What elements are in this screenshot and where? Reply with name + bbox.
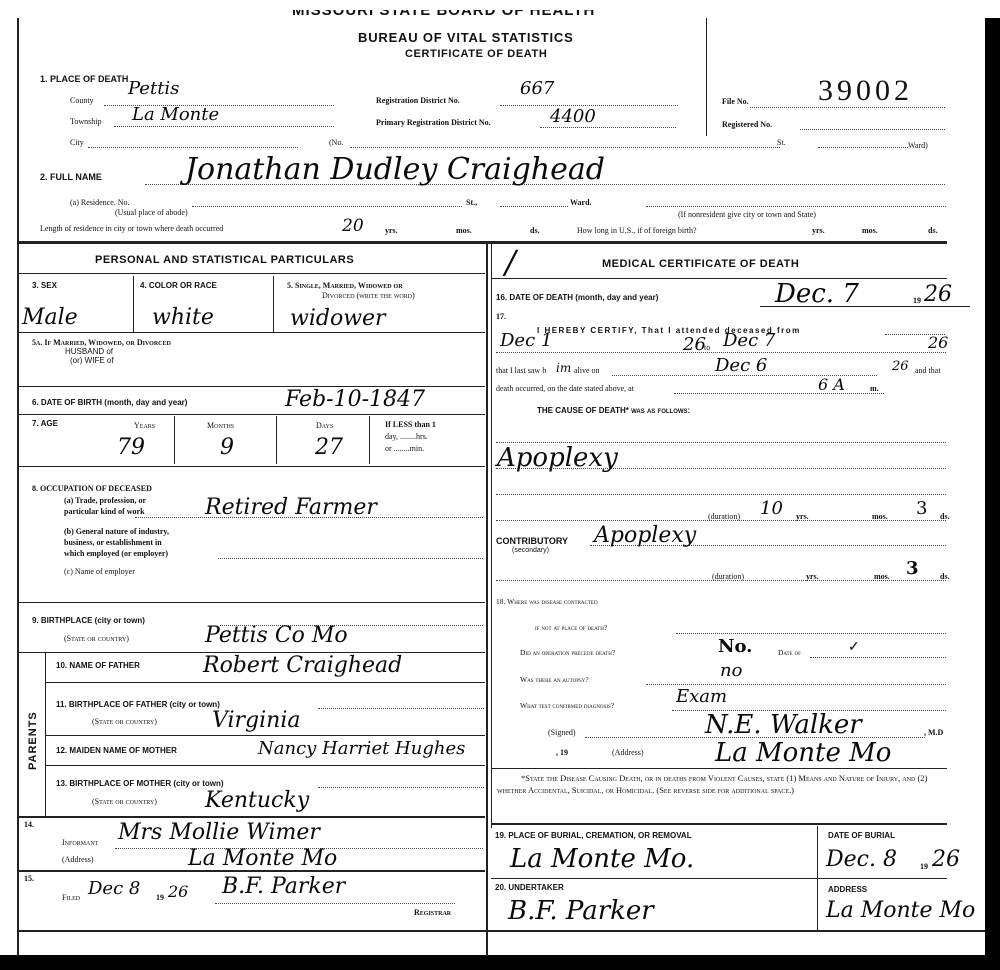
registered-no-line <box>800 129 945 130</box>
registration-district-value: 667 <box>520 80 554 98</box>
registrar-label: Registrar <box>414 908 451 917</box>
filed-label: Filed <box>62 893 80 902</box>
item-18-label: 18. Where was disease contracted <box>496 597 598 606</box>
marital-value: widower <box>290 308 386 330</box>
city-ward-line <box>818 147 908 148</box>
last-saw-value: Dec 6 <box>715 357 767 375</box>
bottom-scan-edge <box>0 955 1000 970</box>
contrib-duration-days: 3 <box>906 560 919 578</box>
date-of-death-label: 16. DATE OF DEATH (month, day and year) <box>496 293 658 302</box>
birthplace-label: 9. BIRTHPLACE (city or town) <box>32 616 145 625</box>
contributory-value: Apoplexy <box>594 525 696 547</box>
occ-b-label-3: which employed (or employer) <box>64 549 168 558</box>
attended-to-value: Dec 7 <box>723 332 775 350</box>
age-div-1 <box>174 416 175 464</box>
column-divider <box>486 244 488 956</box>
header-bureau: BUREAU OF VITAL STATISTICS <box>358 30 574 45</box>
file-no-label: File No. <box>722 97 749 106</box>
nineteen-label: , 19 <box>556 748 568 757</box>
autopsy-label: Was there an autopsy? <box>520 675 589 684</box>
right-scan-edge <box>985 18 1000 963</box>
foreign-mos-label: mos. <box>862 226 878 235</box>
undertaker-address-label: ADDRESS <box>828 885 867 894</box>
registrar-line <box>215 903 455 904</box>
city-line <box>88 147 298 148</box>
alive-on-label: alive on <box>574 366 600 375</box>
cause-duration-mos-label: mos. <box>872 512 888 521</box>
personal-title-rule <box>17 273 485 274</box>
burial-year-prefix: 19 <box>920 862 928 871</box>
burial-rule <box>491 878 947 879</box>
residence-ward-label: Ward. <box>570 198 592 207</box>
father-name-value: Robert Craighead <box>203 655 402 677</box>
attended-to-year: 26 <box>928 335 948 351</box>
registration-district-label: Registration District No. <box>376 96 460 105</box>
autopsy-value: no <box>720 662 742 680</box>
date-of-line <box>810 657 946 658</box>
occupation-label: 8. OCCUPATION OF DECEASED <box>32 484 152 493</box>
burial-place-value: La Monte Mo. <box>510 846 694 872</box>
father-birthplace-label: 11. BIRTHPLACE OF FATHER (city or town) <box>56 700 220 709</box>
age-less-label-3: or ........min. <box>385 444 424 453</box>
attended-to-label: to <box>704 343 710 352</box>
contributory-label: CONTRIBUTORY <box>496 536 568 546</box>
row8-rule <box>17 602 485 603</box>
length-mos-label: mos. <box>456 226 472 235</box>
sex-value: Male <box>22 307 78 329</box>
length-of-residence-years: 20 <box>342 218 364 235</box>
contrib-duration-yrs-label: yrs. <box>806 572 819 581</box>
spouse-label-1: 5a. If Married, Widowed, or Divorced <box>32 338 171 347</box>
occ-b-label-2: business, or establishment in <box>64 538 162 547</box>
date-of-death-year-prefix: 19 <box>913 296 921 305</box>
foreign-birth-label: How long in U.S., if of foreign birth? <box>577 226 697 235</box>
nonresident-line <box>646 206 946 207</box>
top-section-divider <box>17 241 947 244</box>
mother-birthplace-state-label: (State or country) <box>92 797 157 806</box>
burial-year-value: 26 <box>932 849 960 871</box>
cause-footnote: *State the Disease Causing Death, or in … <box>497 772 937 796</box>
marital-label-2: Divorced (write the word) <box>322 291 415 300</box>
residence-ward-line <box>500 206 568 207</box>
cause-line-3 <box>496 494 946 495</box>
mother-birthplace-value: Kentucky <box>205 790 309 812</box>
cause-of-death-label: THE CAUSE OF DEATH* was as follows: <box>537 406 690 415</box>
birthplace-state-label: (State or country) <box>64 634 129 643</box>
race-marital-divider <box>273 276 274 332</box>
item-17-label: 17. <box>496 312 506 321</box>
row12-rule <box>45 765 485 766</box>
father-birthplace-line <box>318 708 484 709</box>
mother-birthplace-label: 13. BIRTHPLACE OF MOTHER (city or town) <box>56 779 224 788</box>
township-line <box>114 126 334 127</box>
personal-section-title: PERSONAL AND STATISTICAL PARTICULARS <box>95 254 354 266</box>
age-months-label: Months <box>207 421 234 430</box>
contrib-duration-mos-label: mos. <box>874 572 890 581</box>
death-time-line <box>674 393 884 394</box>
medical-address-value: La Monte Mo <box>715 740 891 766</box>
age-years-label: Years <box>134 421 155 430</box>
primary-registration-line <box>540 127 676 128</box>
primary-registration-value: 4400 <box>550 108 596 126</box>
cause-line-2 <box>496 468 946 469</box>
informant-number: 14. <box>24 820 34 829</box>
occ-b-line <box>218 558 483 559</box>
dob-label: 6. DATE OF BIRTH (month, day and year) <box>32 398 187 407</box>
undertaker-value: B.F. Parker <box>508 898 654 924</box>
column-divider-inner <box>491 244 492 828</box>
full-name-label: 2. FULL NAME <box>40 172 102 182</box>
operation-value: No. <box>718 638 752 656</box>
registrar-value: B.F. Parker <box>222 876 345 898</box>
burial-date-label: DATE OF BURIAL <box>828 831 895 840</box>
full-name-value: Jonathan Dudley Craighead <box>185 155 605 185</box>
age-years-value: 79 <box>117 437 145 459</box>
last-saw-label: that I last saw h <box>496 366 546 375</box>
length-of-residence-label: Length of residence in city or town wher… <box>40 224 223 233</box>
foreign-yrs-label: yrs. <box>812 226 825 235</box>
county-label: County <box>70 96 94 105</box>
test-value: Exam <box>676 688 727 706</box>
father-name-label: 10. NAME OF FATHER <box>56 661 140 670</box>
undertaker-address-value: La Monte Mo <box>826 900 975 922</box>
residence-label: (a) Residence. No. <box>70 198 130 207</box>
city-no-line <box>350 147 780 148</box>
marital-label-1: 5. Single, Married, Widowed or <box>287 281 403 290</box>
city-ward-label: Ward) <box>908 141 928 150</box>
attended-line <box>496 352 946 353</box>
foreign-ds-label: ds. <box>928 226 938 235</box>
signed-value: N.E. Walker <box>705 712 862 738</box>
place-of-death-label: 1. PLACE OF DEATH <box>40 74 128 84</box>
burial-place-label: 19. PLACE OF BURIAL, CREMATION, OR REMOV… <box>495 831 692 840</box>
last-saw-year: 26 <box>892 360 909 373</box>
row3-rule <box>17 332 485 333</box>
cause-duration-ds-label: ds. <box>940 512 950 521</box>
occ-a-label-2: particular kind of work <box>64 507 145 516</box>
not-at-place-line <box>676 633 946 634</box>
filed-date-value: Dec 8 <box>88 880 140 898</box>
primary-registration-label: Primary Registration District No. <box>376 118 491 127</box>
date-of-death-value: Dec. 7 <box>775 281 859 307</box>
date-of-value: ✓ <box>848 640 860 654</box>
contrib-duration-ds-label: ds. <box>940 572 950 581</box>
parents-divider <box>45 652 46 816</box>
occ-a-label-1: (a) Trade, profession, or <box>64 496 146 505</box>
burial-date-value: Dec. 8 <box>826 849 897 871</box>
race-label: 4. COLOR OR RACE <box>140 281 217 290</box>
occ-b-label-1: (b) General nature of industry, <box>64 527 169 536</box>
age-less-label-1: If LESS than 1 <box>385 420 436 429</box>
row11-rule <box>45 735 485 736</box>
medical-section-title: MEDICAL CERTIFICATE OF DEATH <box>602 258 799 270</box>
city-label: City <box>70 138 84 147</box>
medical-signed-rule <box>491 768 947 769</box>
dob-value: Feb-10-1847 <box>285 389 425 411</box>
father-birthplace-value: Virginia <box>212 710 301 732</box>
not-at-place-label: if not at place of death? <box>535 623 607 632</box>
occ-c-label: (c) Name of employer <box>64 567 135 576</box>
row7-rule <box>17 466 485 467</box>
occupation-value: Retired Farmer <box>205 497 377 519</box>
last-saw-him: im <box>556 362 571 374</box>
filed-year-value: 26 <box>168 884 188 900</box>
informant-value: Mrs Mollie Wimer <box>118 822 320 844</box>
cause-duration-years: 10 <box>760 500 783 518</box>
row6-rule <box>17 414 485 415</box>
contrib-duration-label: (duration) <box>712 572 744 581</box>
age-less-label-2: day, ........hrs. <box>385 432 428 441</box>
footnote-rule <box>491 823 947 825</box>
test-label: What test confirmed diagnosis? <box>520 701 614 710</box>
bottom-rule <box>17 930 985 932</box>
age-days-value: 27 <box>315 437 343 459</box>
length-yrs-label: yrs. <box>385 226 398 235</box>
death-time-m-label: m. <box>870 384 879 393</box>
length-ds-label: ds. <box>530 226 540 235</box>
md-label: , M.D <box>924 728 943 737</box>
header-divider <box>706 18 707 136</box>
operation-label: Did an operation precede death? <box>520 648 615 657</box>
death-occurred-label: death occurred, on the date stated above… <box>496 384 634 393</box>
attended-from-year: 26 <box>683 336 706 354</box>
city-no-label: (No. <box>329 138 343 147</box>
informant-address-value: La Monte Mo <box>188 848 337 870</box>
date-of-death-rule <box>760 306 970 307</box>
autopsy-line <box>646 684 946 685</box>
attended-from-value: Dec 1 <box>500 332 552 350</box>
parents-label: PARENTS <box>27 711 39 770</box>
spouse-label-2: HUSBAND of <box>65 347 113 356</box>
filed-number: 15. <box>24 874 34 883</box>
medical-title-rule <box>491 278 947 279</box>
age-label: 7. AGE <box>32 419 58 428</box>
filed-year-prefix: 19 <box>156 893 164 902</box>
row14-rule <box>17 870 485 872</box>
residence-st-label: St., <box>466 198 477 207</box>
mother-name-value: Nancy Harriet Hughes <box>258 740 465 758</box>
residence-sub-label: (Usual place of abode) <box>115 208 188 217</box>
row13-rule <box>17 816 485 818</box>
spouse-label-3: (or) WIFE of <box>70 356 114 365</box>
medical-address-label: (Address) <box>612 748 644 757</box>
secondary-label: (secondary) <box>512 547 549 554</box>
undertaker-label: 20. UNDERTAKER <box>495 883 564 892</box>
cause-duration-days: 3 <box>916 500 927 518</box>
age-div-3 <box>369 416 370 464</box>
row10-rule <box>45 682 485 683</box>
date-of-death-year: 26 <box>924 284 952 306</box>
informant-label: Informant <box>62 838 98 847</box>
race-value: white <box>152 307 214 329</box>
residence-line <box>192 206 462 207</box>
date-of-label: Date of <box>778 648 801 657</box>
sex-label: 3. SEX <box>32 281 57 290</box>
signed-label: (Signed) <box>548 728 576 737</box>
header-state-board: MISSOURI STATE BOARD OF HEALTH <box>292 2 595 19</box>
age-months-value: 9 <box>220 437 234 459</box>
township-value: La Monte <box>132 106 219 124</box>
nonresident-note: (If nonresident give city or town and St… <box>678 210 816 219</box>
age-days-label: Days <box>316 421 333 430</box>
cause-duration-label: (duration) <box>708 512 740 521</box>
informant-address-label: (Address) <box>62 855 94 864</box>
cause-duration-yrs-label: yrs. <box>796 512 809 521</box>
mother-name-label: 12. MAIDEN NAME OF MOTHER <box>56 746 177 755</box>
birthplace-value: Pettis Co Mo <box>205 625 348 647</box>
and-that-label: and that <box>915 366 941 375</box>
age-div-2 <box>276 416 277 464</box>
county-value: Pettis <box>128 80 179 98</box>
father-birthplace-state-label: (State or country) <box>92 717 157 726</box>
header-certificate: CERTIFICATE OF DEATH <box>405 48 547 60</box>
medical-mark: / <box>505 246 516 278</box>
mother-birthplace-line <box>318 787 484 788</box>
sex-race-divider <box>133 276 134 332</box>
death-time-value: 6 A <box>818 377 845 393</box>
file-number: 39002 <box>818 74 913 108</box>
township-label: Township <box>70 117 101 126</box>
city-st-label: St. <box>777 138 786 147</box>
registered-no-label: Registered No. <box>722 120 772 129</box>
